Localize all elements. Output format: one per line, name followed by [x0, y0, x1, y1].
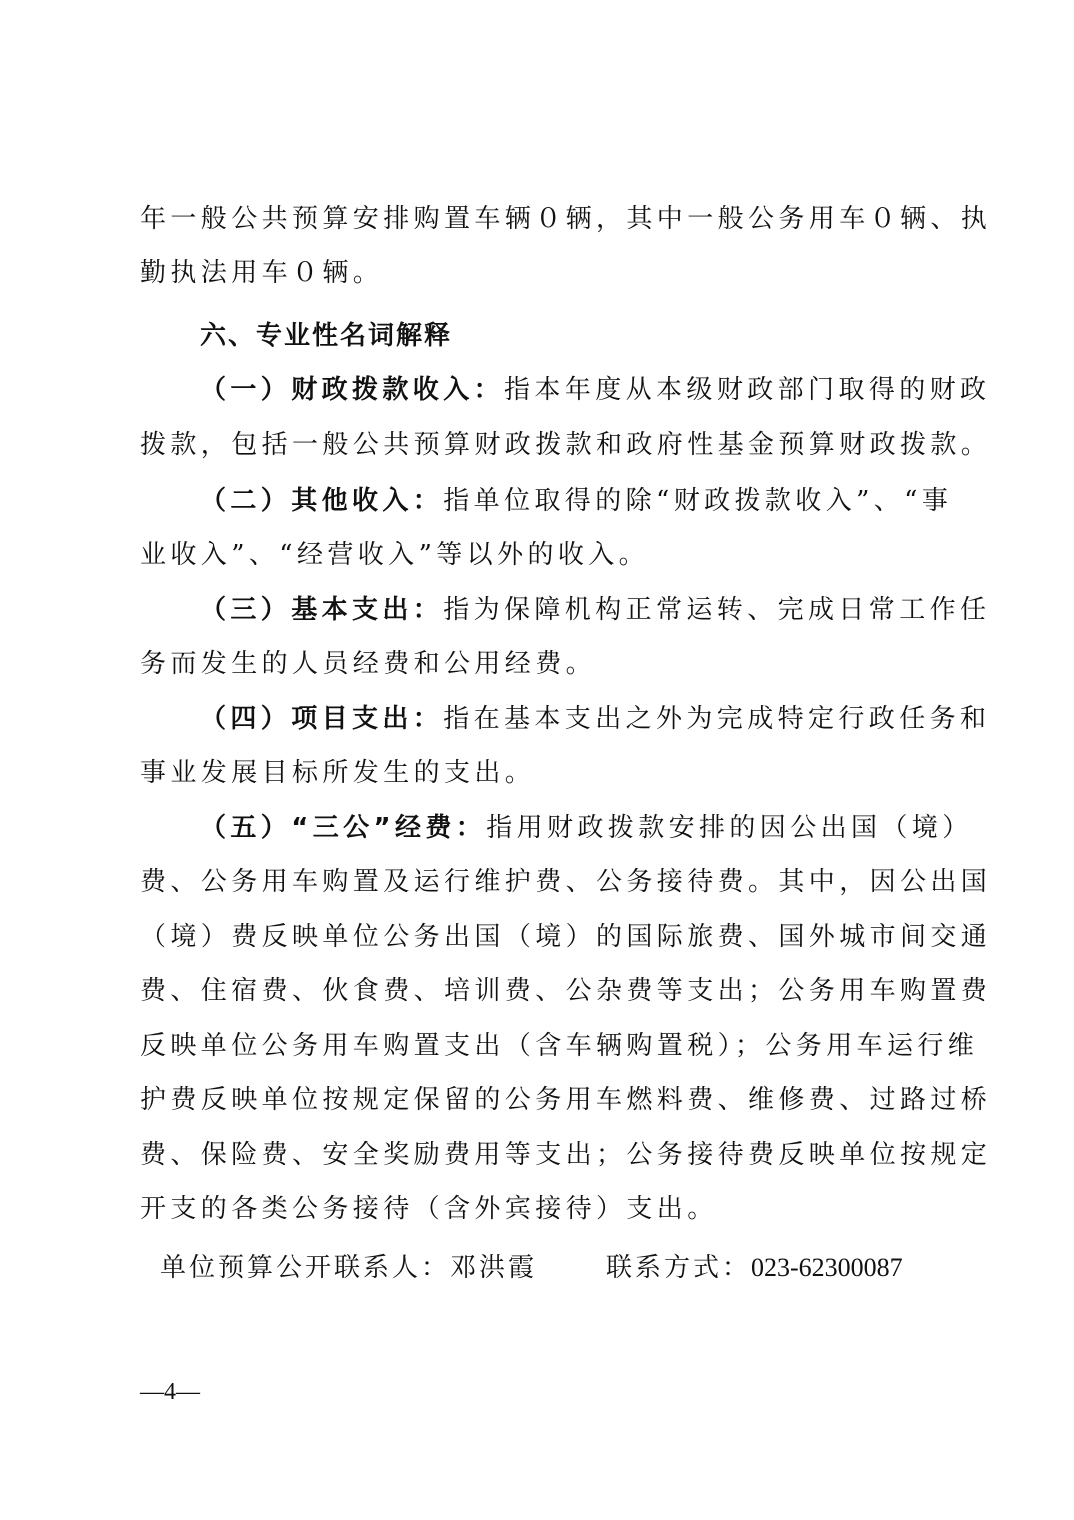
definition-text: 指在基本支出之外为完成特定行政任务和 [443, 704, 990, 734]
contact-person: 单位预算公开联系人：邓洪霞 [160, 1252, 537, 1284]
definition-term: （四）项目支出： [200, 704, 443, 734]
definition-line: （境）费反映单位公务出国（境）的国际旅费、国外城市间交通 [140, 921, 940, 953]
contact-phone: 联系方式：023-62300087 [606, 1252, 903, 1284]
contact-person-label: 单位预算公开联系人： [160, 1253, 450, 1283]
definition-line: 护费反映单位按规定保留的公务用车燃料费、维修费、过路过桥 [140, 1084, 940, 1116]
definition-line: 费、住宿费、伙食费、培训费、公杂费等支出；公务用车购置费 [140, 975, 940, 1007]
definition-text: 指本年度从本级财政部门取得的财政 [504, 375, 990, 405]
definition-line: 业收入”、“经营收入”等以外的收入。 [140, 539, 940, 571]
definition-first-line: （四）项目支出：指在基本支出之外为完成特定行政任务和 [200, 703, 940, 735]
page-number: —4— [140, 1377, 200, 1407]
definition-text: 指为保障机构正常运转、完成日常工作任 [443, 595, 990, 625]
definition-first-line: （五）“三公”经费：指用财政拨款安排的因公出国（境） [200, 812, 940, 844]
definition-first-line: （一）财政拨款收入：指本年度从本级财政部门取得的财政 [200, 374, 940, 406]
definition-first-line: （二）其他收入：指单位取得的除“财政拨款收入”、“事 [200, 485, 940, 517]
definition-line: 费、公务用车购置及运行维护费、公务接待费。其中，因公出国 [140, 866, 940, 898]
section-heading: 六、专业性名词解释 [200, 320, 940, 352]
paragraph-line: 勤执法用车０辆。 [140, 257, 940, 289]
contact-phone-number: 023-62300087 [751, 1253, 903, 1282]
definition-term: （五）“三公”经费： [200, 813, 486, 843]
definition-first-line: （三）基本支出：指为保障机构正常运转、完成日常工作任 [200, 594, 940, 626]
definition-line: 拨款，包括一般公共预算财政拨款和政府性基金预算财政拨款。 [140, 429, 940, 461]
definition-term: （三）基本支出： [200, 595, 443, 625]
definition-text: 指单位取得的除“财政拨款收入”、“事 [443, 486, 952, 516]
contact-phone-label: 联系方式： [606, 1253, 751, 1283]
definition-line: 务而发生的人员经费和公用经费。 [140, 648, 940, 680]
contact-person-name: 邓洪霞 [450, 1253, 537, 1283]
definition-line: 开支的各类公务接待（含外宾接待）支出。 [140, 1193, 940, 1225]
paragraph-line: 年一般公共预算安排购置车辆０辆，其中一般公务用车０辆、执 [140, 203, 940, 235]
definition-line: 反映单位公务用车购置支出（含车辆购置税）；公务用车运行维 [140, 1030, 940, 1062]
definition-line: 事业发展目标所发生的支出。 [140, 757, 940, 789]
definition-term: （一）财政拨款收入： [200, 375, 504, 405]
definition-text: 指用财政拨款安排的因公出国（境） [486, 813, 972, 843]
definition-term: （二）其他收入： [200, 486, 443, 516]
definition-line: 费、保险费、安全奖励费用等支出；公务接待费反映单位按规定 [140, 1139, 940, 1171]
